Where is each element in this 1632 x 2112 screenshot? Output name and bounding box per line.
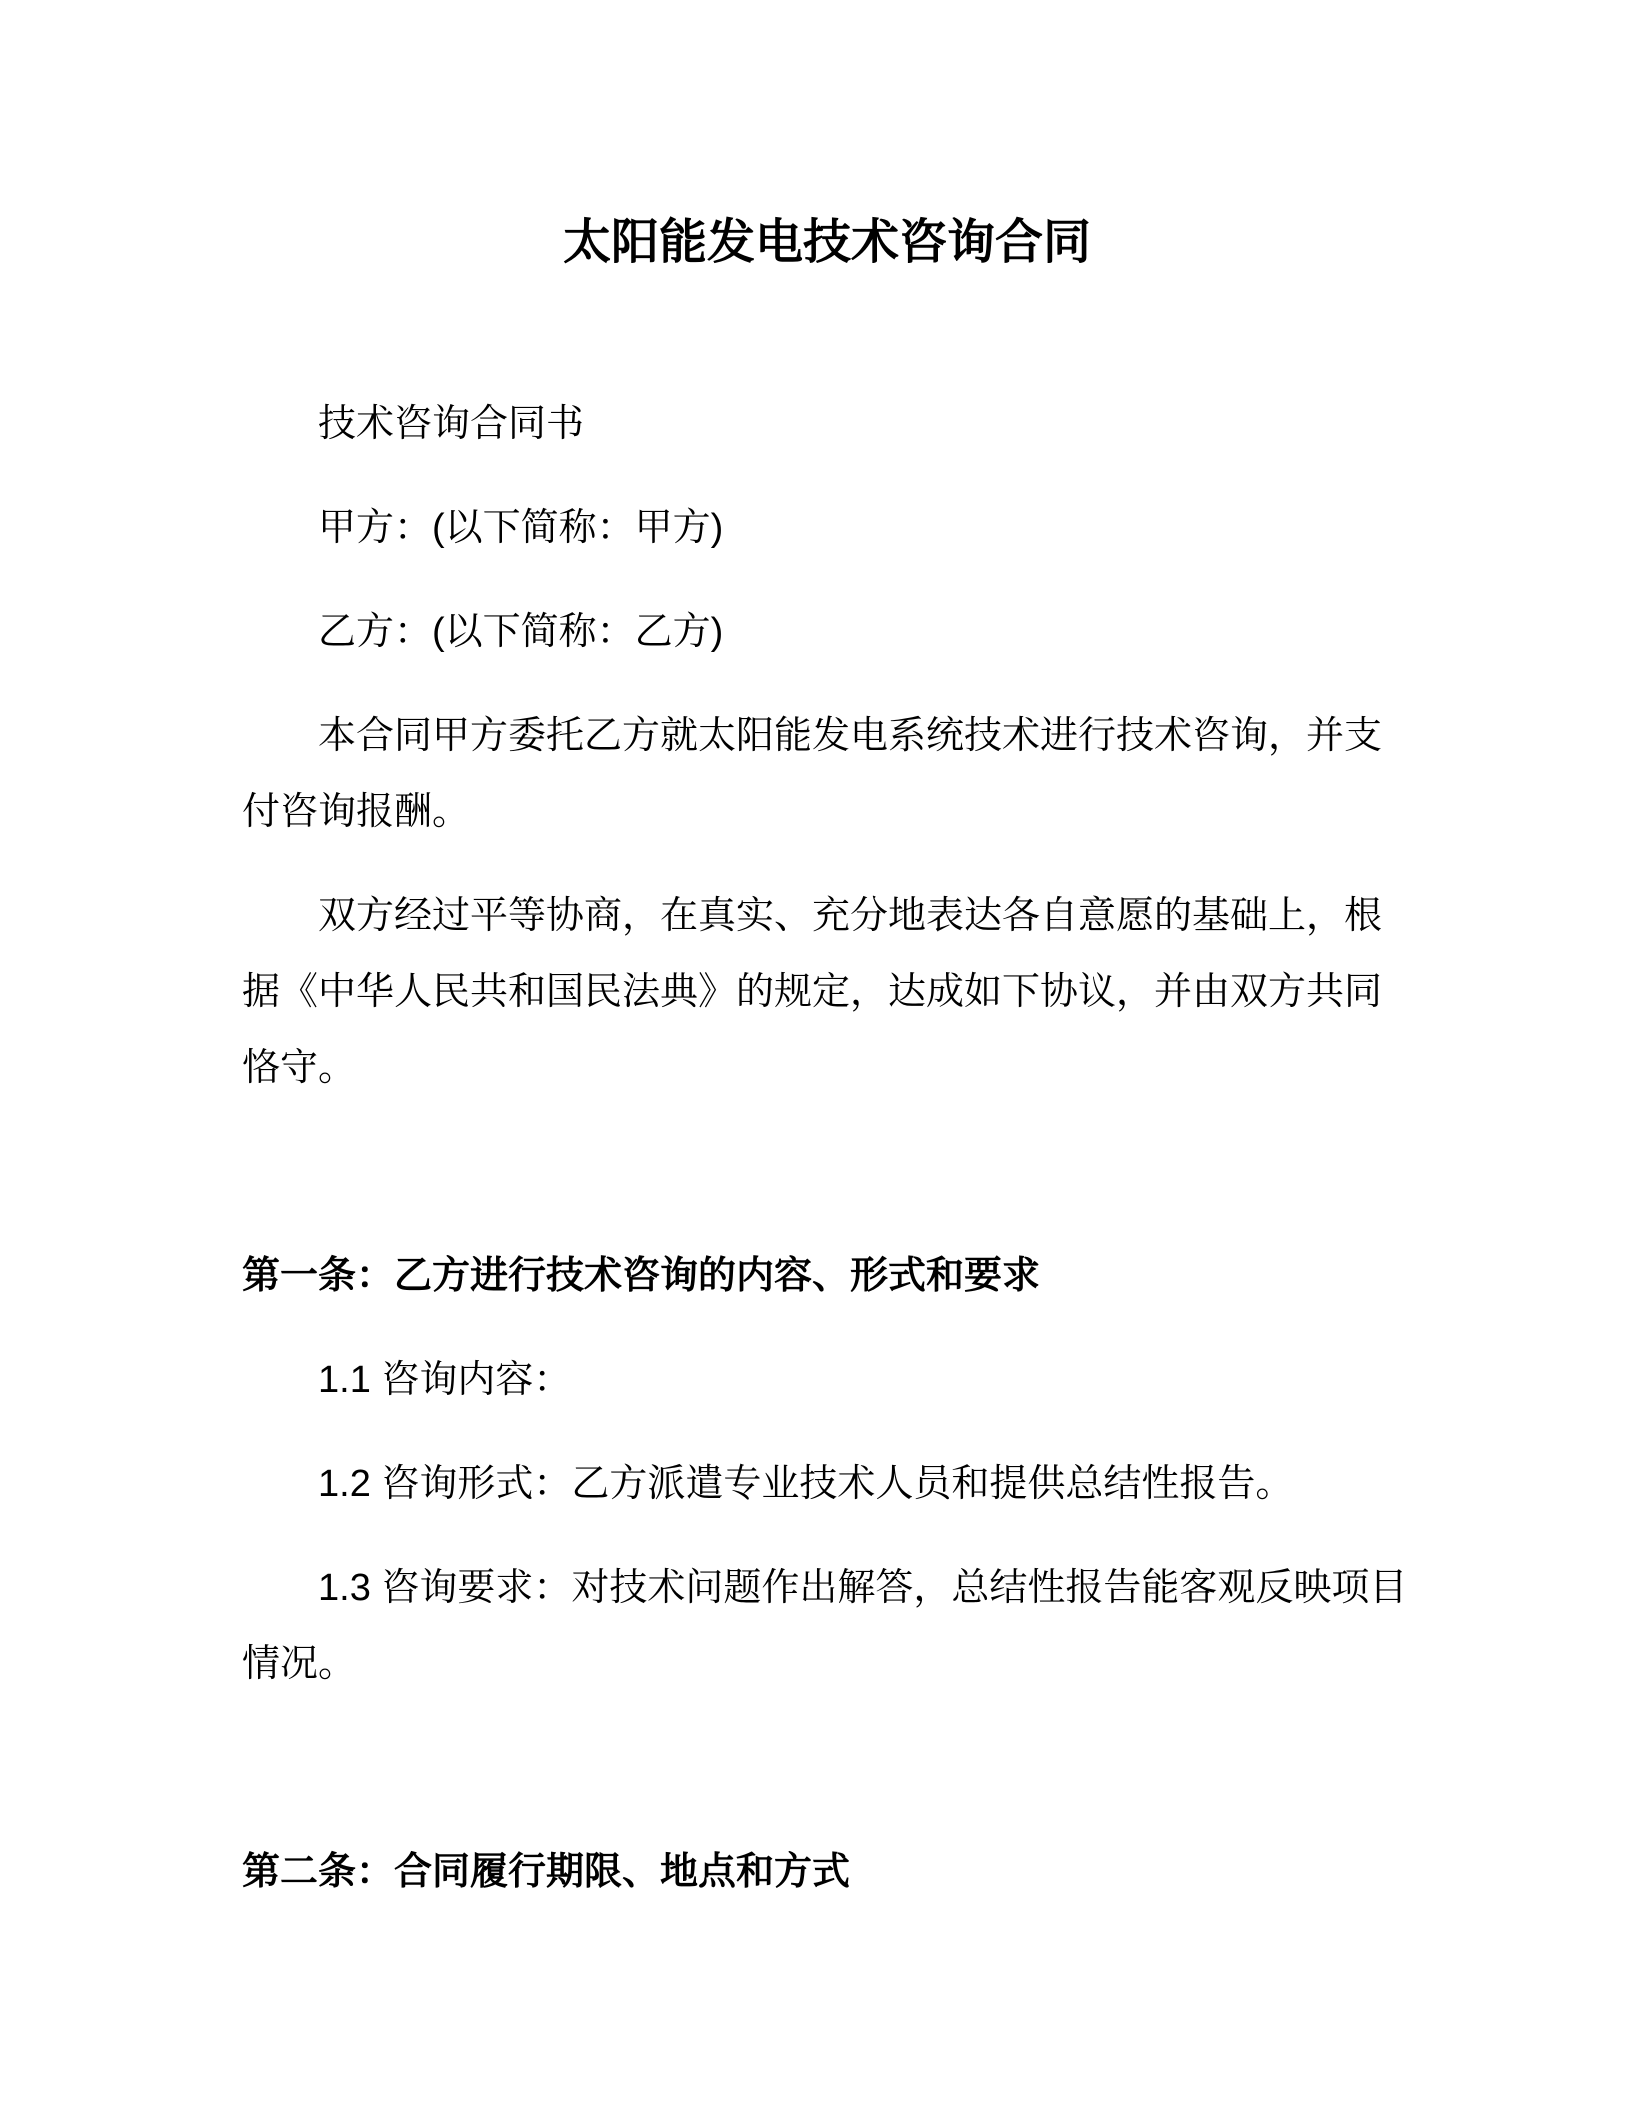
blank-line: [242, 1134, 1412, 1210]
party-a-line: 甲方：(以下简称：甲方): [242, 490, 1412, 566]
blank-line: [242, 1730, 1412, 1806]
article-1-heading: 第一条：乙方进行技术咨询的内容、形式和要求: [242, 1238, 1412, 1314]
article-2-heading: 第二条：合同履行期限、地点和方式: [242, 1834, 1412, 1910]
document-subtitle: 技术咨询合同书: [242, 386, 1412, 462]
article-1-clause-1-1: 1.1 咨询内容：: [242, 1342, 1412, 1418]
preamble-paragraph-2: 双方经过平等协商，在真实、充分地表达各自意愿的基础上，根据《中华人民共和国民法典…: [242, 878, 1412, 1106]
document-title: 太阳能发电技术咨询合同: [242, 200, 1412, 286]
contract-page: 太阳能发电技术咨询合同 技术咨询合同书 甲方：(以下简称：甲方) 乙方：(以下简…: [0, 0, 1632, 2112]
article-1-clause-1-3: 1.3 咨询要求：对技术问题作出解答，总结性报告能客观反映项目情况。: [242, 1550, 1412, 1702]
preamble-paragraph-1: 本合同甲方委托乙方就太阳能发电系统技术进行技术咨询，并支付咨询报酬。: [242, 698, 1412, 850]
party-b-line: 乙方：(以下简称：乙方): [242, 594, 1412, 670]
article-1-clause-1-2: 1.2 咨询形式：乙方派遣专业技术人员和提供总结性报告。: [242, 1446, 1412, 1522]
